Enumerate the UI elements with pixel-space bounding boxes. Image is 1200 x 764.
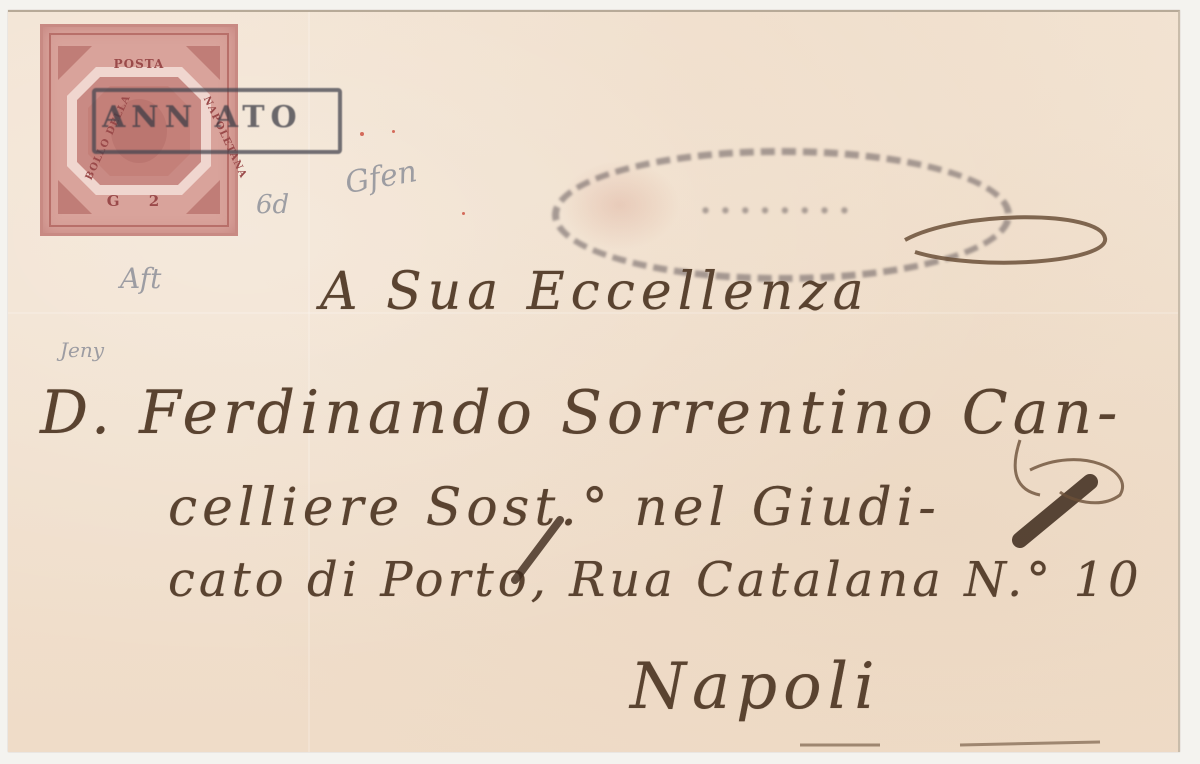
ink-dot [462,212,465,215]
address-line-4: cato di Porto, Rua Catalana N.° 10 [168,552,1143,608]
address-line-1: A Sua Eccellenza [320,262,870,322]
pencil-note: 6d [256,190,289,220]
cancel-text: ANN ATO [102,100,332,135]
scan-background: POSTA BOLLO DELLA NAPOLETANA G 2 ANN ATO… [0,0,1200,764]
pencil-note: Jeny [60,338,104,362]
ink-dot [392,130,395,133]
address-line-5: Napoli [630,650,881,724]
address-line-2: D. Ferdinando Sorrentino Can- [40,378,1122,448]
stamp-top-label: POSTA [40,57,238,71]
pencil-note: Aft [120,262,161,295]
postmark-text: ········ [599,191,959,231]
address-line-3: celliere Sost.° nel Giudi- [168,478,941,538]
annullato-cancel: ANN ATO [92,88,342,154]
stamp-value: G 2 [40,192,238,210]
ink-dot [360,132,364,136]
